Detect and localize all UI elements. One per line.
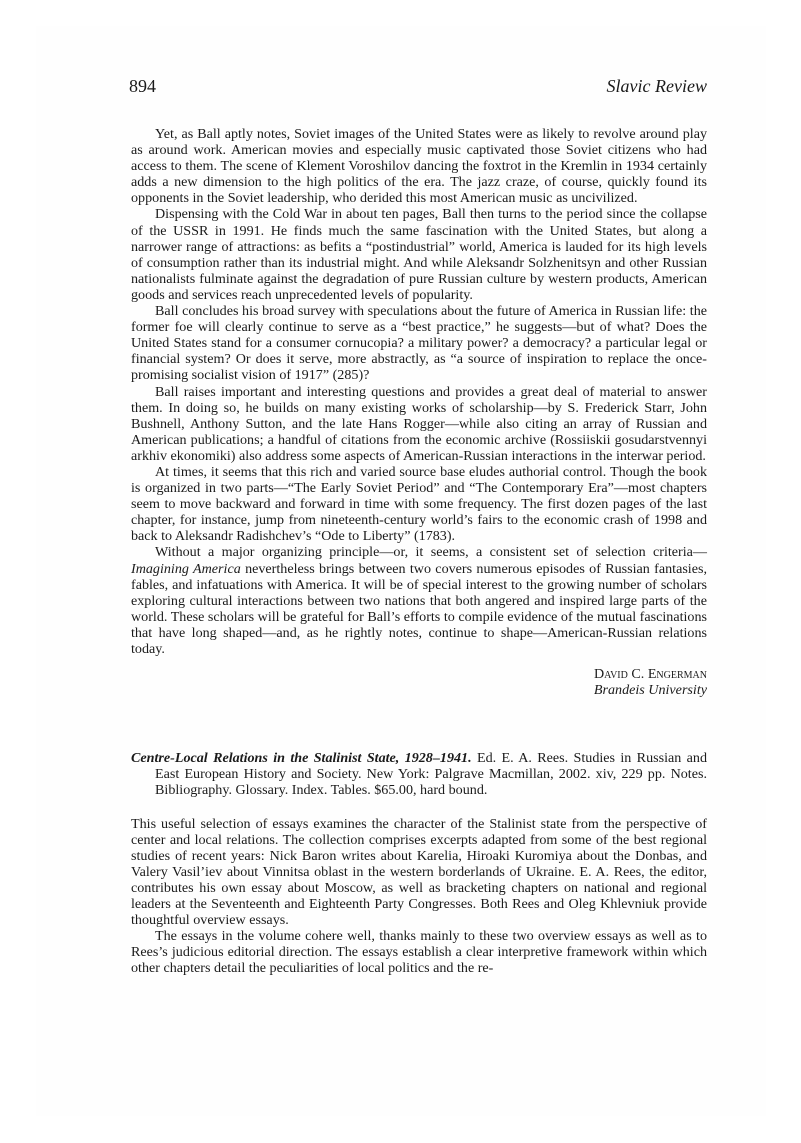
book-title-italic: Imagining America (131, 561, 241, 577)
review-imagining-america-continued: Yet, as Ball aptly notes, Soviet images … (131, 126, 707, 698)
reviewer-affiliation: Brandeis University (131, 682, 707, 698)
review-body: This useful selection of essays examines… (131, 816, 707, 977)
book-citation-title: Centre-Local Relations in the Stalinist … (131, 750, 472, 766)
journal-title: Slavic Review (607, 76, 707, 97)
paragraph-text: Without a major organizing principle—or,… (155, 544, 707, 560)
reviewer-name: David C. Engerman (131, 666, 707, 682)
body-paragraph: Yet, as Ball aptly notes, Soviet images … (131, 126, 707, 206)
page-content: Yet, as Ball aptly notes, Soviet images … (131, 126, 707, 977)
running-header: 894 Slavic Review (129, 76, 707, 98)
body-paragraph: This useful selection of essays examines… (131, 816, 707, 929)
body-paragraph: Dispensing with the Cold War in about te… (131, 206, 707, 303)
page-number: 894 (129, 76, 156, 97)
body-paragraph-final: Without a major organizing principle—or,… (131, 544, 707, 657)
reviewer-signature: David C. Engerman Brandeis University (131, 666, 707, 698)
body-paragraph: At times, it seems that this rich and va… (131, 464, 707, 544)
body-paragraph: Ball concludes his broad survey with spe… (131, 303, 707, 383)
body-paragraph: The essays in the volume cohere well, th… (131, 928, 707, 976)
body-paragraph: Ball raises important and interesting qu… (131, 384, 707, 464)
book-citation: Centre-Local Relations in the Stalinist … (131, 750, 707, 798)
review-centre-local-relations: Centre-Local Relations in the Stalinist … (131, 750, 707, 976)
